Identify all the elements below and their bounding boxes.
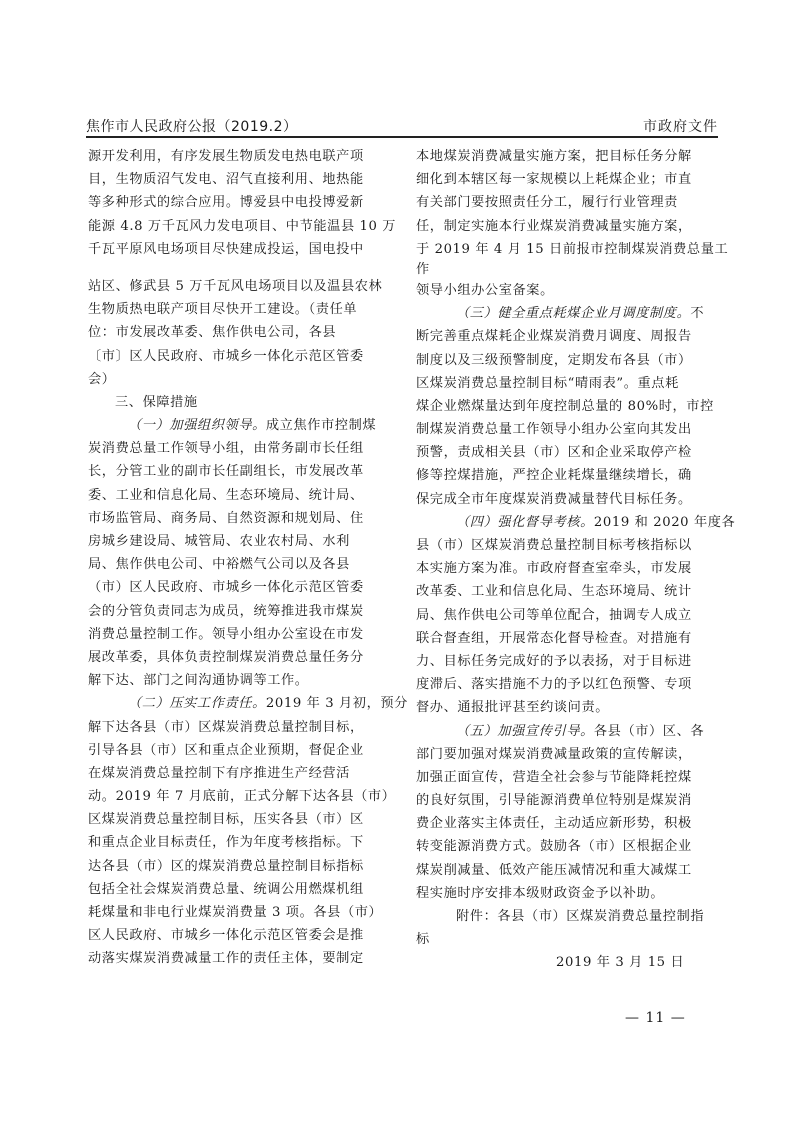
- text-line: 会的分管负责同志为成员，统筹推进我市煤炭: [88, 600, 388, 623]
- text-line: 展改革委，具体负责控制煤炭消费总量任务分: [88, 646, 388, 669]
- text-line: 〔市〕区人民政府、市城乡一体化示范区管委: [88, 345, 388, 368]
- text-line: 包括全社会煤炭消费总量、统调公用燃煤机组: [88, 878, 388, 901]
- text-line: 转变能源消费方式。鼓励各（市）区根据企业: [416, 835, 716, 858]
- text-line: 于 2019 年 4 月 15 日前报市控制煤炭消费总量工: [416, 238, 716, 261]
- text-line: 解下达各县（市）区煤炭消费总量控制目标，: [88, 716, 388, 739]
- text-line: 县（市）区煤炭消费总量控制目标考核指标以: [416, 534, 716, 557]
- text-line: 区人民政府、市城乡一体化示范区管委会是推: [88, 924, 388, 947]
- paragraph-4: （四）强化督导考核。2019 和 2020 年度各 县（市）区煤炭消费总量控制目…: [416, 511, 716, 720]
- text-line: 的良好氛围，引导能源消费单位特别是煤炭消: [416, 789, 716, 812]
- text-line: 长，分管工业的副市长任副组长，市发展改革: [88, 460, 388, 483]
- text-line: 引导各县（市）区和重点企业预期，督促企业: [88, 739, 388, 762]
- text-line: 煤企业燃煤量达到年度控制总量的 80%时，市控: [416, 395, 716, 418]
- text-line: 改革委、工业和信息化局、生态环境局、统计: [416, 580, 716, 603]
- text-line: 等多种形式的综合应用。博爱县中电投博爱新: [88, 191, 388, 214]
- paragraph-5: （五）加强宣传引导。各县（市）区、各 部门要加强对煤炭消费减量政策的宣传解读， …: [416, 720, 716, 906]
- text-line: 制煤炭消费总量工作领导小组办公室向其发出: [416, 418, 716, 441]
- text-line: 解下达、部门之间沟通协调等工作。: [88, 669, 388, 692]
- text-line: 程实施时序安排本级财政资金予以补助。: [416, 882, 716, 905]
- text-line: 区煤炭消费总量控制目标“晴雨表”。重点耗: [416, 372, 716, 395]
- paragraph-title: （四）强化督导考核。: [456, 515, 594, 530]
- text-line: 局、焦作供电公司等单位配合，抽调专人成立: [416, 604, 716, 627]
- text-line: 费企业落实主体责任，主动适应新形势，积极: [416, 812, 716, 835]
- text-line: 和重点企业目标责任，作为年度考核指标。下: [88, 831, 388, 854]
- right-column: 本地煤炭消费减量实施方案，把目标任务分解 细化到本辖区每一家规模以上耗煤企业；市…: [416, 145, 716, 975]
- text-line: 有关部门要按照责任分工，履行行业管理责: [416, 191, 716, 214]
- text-span: 各县（市）区、各: [594, 724, 704, 739]
- publication-title: 焦作市人民政府公报（2019.2）: [86, 116, 298, 136]
- section-heading: 三、保障措施: [88, 391, 388, 414]
- spacer: [88, 261, 388, 275]
- text-line: 部门要加强对煤炭消费减量政策的宣传解读，: [416, 743, 716, 766]
- text-line: 达各县（市）区的煤炭消费总量控制目标指标: [88, 855, 388, 878]
- text-line: （市）区人民政府、市城乡一体化示范区管委: [88, 576, 388, 599]
- paragraph-2: （二）压实工作责任。2019 年 3 月初，预分 解下达各县（市）区煤炭消费总量…: [88, 692, 388, 970]
- paragraph-continued: 源开发利用，有序发展生物质发电热电联产项 目，生物质沼气发电、沼气直接利用、地热…: [88, 145, 388, 261]
- text-line: 生物质热电联产项目尽快开工建设。（责任单: [88, 298, 388, 321]
- text-line: 位：市发展改革委、焦作供电公司，各县: [88, 321, 388, 344]
- text-line: 制度以及三级预警制度，定期发布各县（市）: [416, 349, 716, 372]
- paragraph-continued: 本地煤炭消费减量实施方案，把目标任务分解 细化到本辖区每一家规模以上耗煤企业；市…: [416, 145, 716, 302]
- text-line: 消费总量控制工作。领导小组办公室设在市发: [88, 623, 388, 646]
- text-line: 煤炭削减量、低效产能压减情况和重大减煤工: [416, 859, 716, 882]
- page-number: — 11 —: [625, 1010, 686, 1026]
- paragraph-title: （五）加强宣传引导。: [456, 724, 594, 739]
- text-line: 区煤炭消费总量控制目标，压实各县（市）区: [88, 808, 388, 831]
- paragraph-1: （一）加强组织领导。成立焦作市控制煤 炭消费总量工作领导小组，由常务副市长任组 …: [88, 414, 388, 692]
- attachment-note-cont: 标: [416, 928, 716, 951]
- text-line: 领导小组办公室备案。: [416, 279, 716, 302]
- text-line: 断完善重点煤耗企业煤炭消费月调度、周报告: [416, 325, 716, 348]
- text-line: 源开发利用，有序发展生物质发电热电联产项: [88, 145, 388, 168]
- text-line: 局、焦作供电公司、中裕燃气公司以及各县: [88, 553, 388, 576]
- text-line: 本地煤炭消费减量实施方案，把目标任务分解: [416, 145, 716, 168]
- text-line: 炭消费总量工作领导小组，由常务副市长任组: [88, 437, 388, 460]
- text-line: 作: [416, 261, 716, 279]
- text-line: 委、工业和信息化局、生态环境局、统计局、: [88, 484, 388, 507]
- text-line: 目，生物质沼气发电、沼气直接利用、地热能: [88, 168, 388, 191]
- text-line: 任，制定实施本行业煤炭消费减量实施方案，: [416, 215, 716, 238]
- text-line: 房城乡建设局、城管局、农业农村局、水利: [88, 530, 388, 553]
- paragraph-title: （二）压实工作责任。: [128, 696, 266, 711]
- text-line: 市场监管局、商务局、自然资源和规划局、住: [88, 507, 388, 530]
- text-line: 联合督查组，开展常态化督导检查。对措施有: [416, 627, 716, 650]
- text-line: 预警，责成相关县（市）区和企业采取停产检: [416, 441, 716, 464]
- text-span: 2019 年 3 月初，预分: [266, 696, 408, 711]
- header-rule: [86, 136, 718, 138]
- left-column: 源开发利用，有序发展生物质发电热电联产项 目，生物质沼气发电、沼气直接利用、地热…: [88, 145, 388, 971]
- text-line: 能源 4.8 万千瓦风力发电项目、中节能温县 10 万: [88, 215, 388, 238]
- paragraph-title: （一）加强组织领导。: [128, 418, 266, 433]
- paragraph-title: （三）健全重点耗煤企业月调度制度。: [456, 306, 690, 321]
- attachment-note: 附件：各县（市）区煤炭消费总量控制指: [416, 905, 716, 928]
- text-line: 力、目标任务完成好的予以表扬，对于目标进: [416, 650, 716, 673]
- document-date: 2019 年 3 月 15 日: [416, 951, 716, 974]
- text-span: 不: [690, 306, 704, 321]
- text-line: 保完成全市年度煤炭消费减量替代目标任务。: [416, 488, 716, 511]
- text-span: 2019 和 2020 年度各: [594, 515, 735, 530]
- paragraph-continued-b: 站区、修武县 5 万千瓦风电场项目以及温县农林 生物质热电联产项目尽快开工建设。…: [88, 275, 388, 391]
- paragraph-3: （三）健全重点耗煤企业月调度制度。不 断完善重点煤耗企业煤炭消费月调度、周报告 …: [416, 302, 716, 511]
- text-line: 度滞后、落实措施不力的予以红色预警、专项: [416, 673, 716, 696]
- text-line: 站区、修武县 5 万千瓦风电场项目以及温县农林: [88, 275, 388, 298]
- text-line: 细化到本辖区每一家规模以上耗煤企业；市直: [416, 168, 716, 191]
- text-line: 督办、通报批评甚至约谈问责。: [416, 696, 716, 719]
- page-header: 焦作市人民政府公报（2019.2） 市政府文件: [86, 116, 718, 136]
- text-line: 在煤炭消费总量控制下有序推进生产经营活: [88, 762, 388, 785]
- section-label: 市政府文件: [643, 116, 718, 136]
- text-line: 会）: [88, 368, 388, 391]
- text-span: 成立焦作市控制煤: [266, 418, 376, 433]
- text-line: 耗煤量和非电行业煤炭消费量 3 项。各县（市）: [88, 901, 388, 924]
- text-line: 动落实煤炭消费减量工作的责任主体，要制定: [88, 947, 388, 970]
- text-line: 本实施方案为准。市政府督查室牵头，市发展: [416, 557, 716, 580]
- text-line: 动。2019 年 7 月底前，正式分解下达各县（市）: [88, 785, 388, 808]
- text-line: 千瓦平原风电场项目尽快建成投运，国电投中: [88, 238, 388, 261]
- text-line: 加强正面宣传，营造全社会参与节能降耗控煤: [416, 766, 716, 789]
- text-line: 修等控煤措施，严控企业耗煤量继续增长，确: [416, 464, 716, 487]
